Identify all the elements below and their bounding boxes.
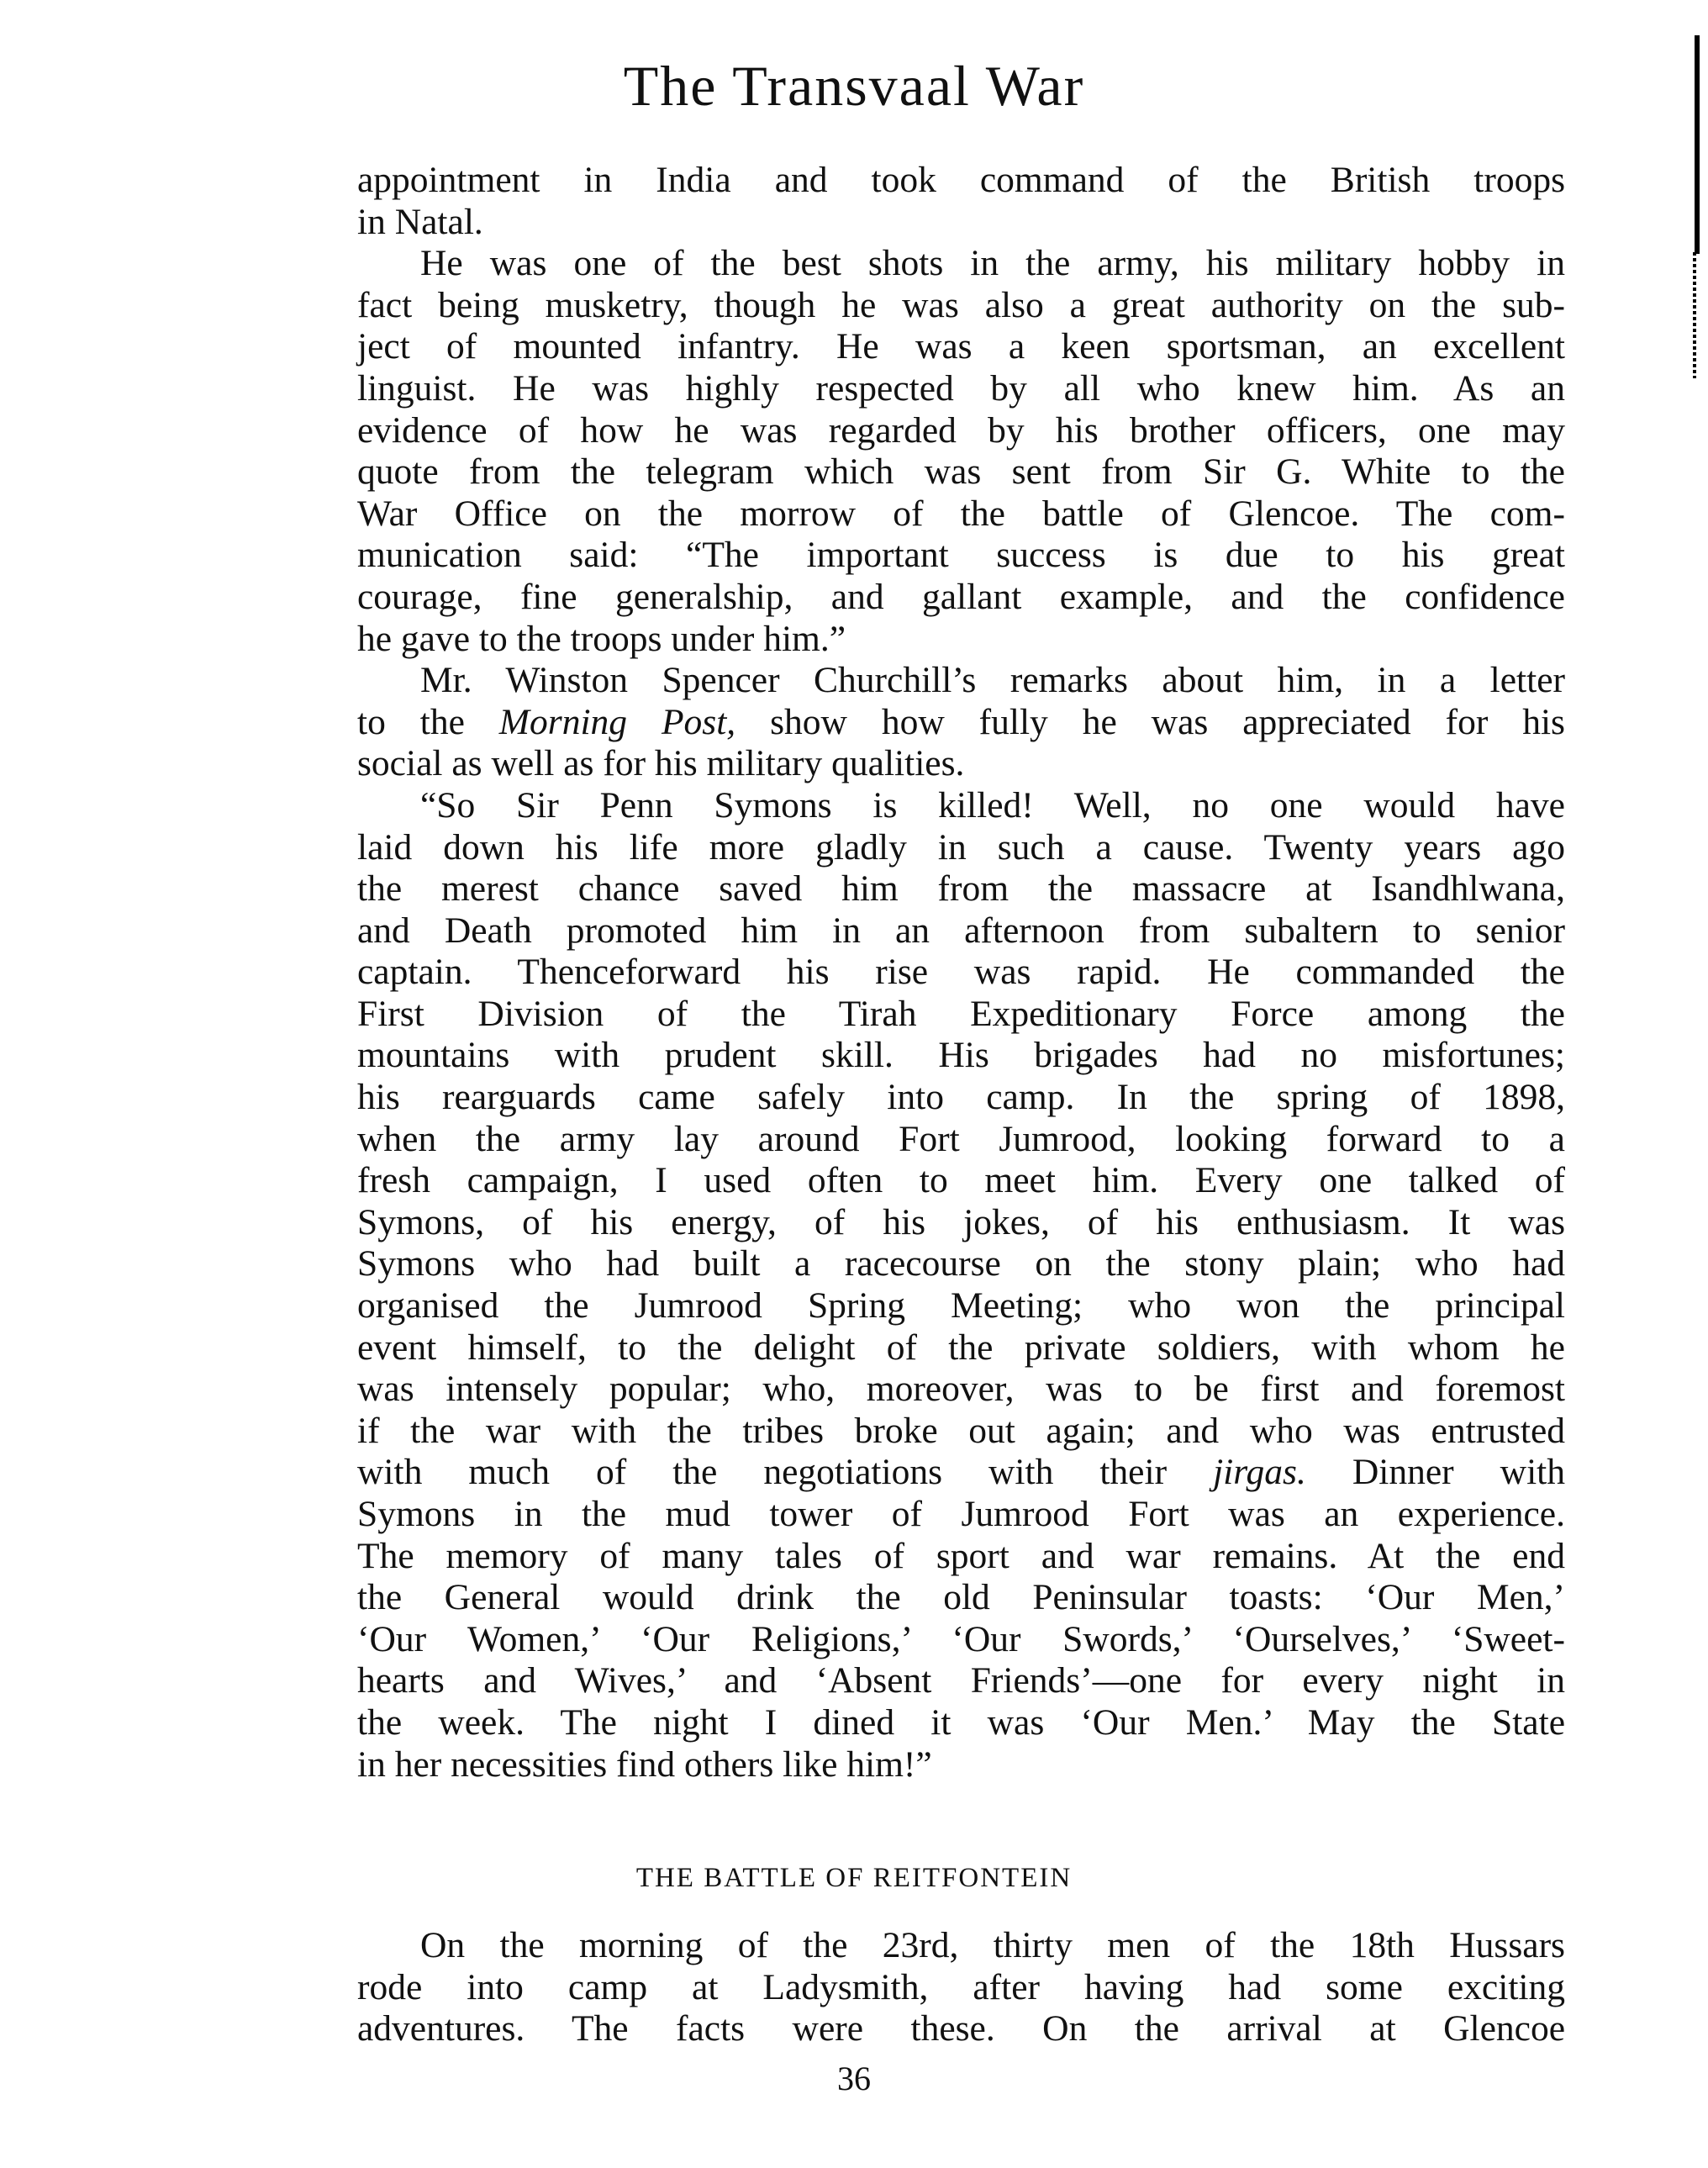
text-line: fact being musketry, though he was also …: [357, 285, 1565, 327]
text-fragment: with much of the negotiations with their: [357, 1452, 1213, 1492]
text-line: event himself, to the delight of the pri…: [357, 1327, 1565, 1369]
text-line: courage, fine generalship, and gallant e…: [357, 577, 1565, 619]
text-line: in her necessities find others like him!…: [357, 1744, 1565, 1786]
text-line: quote from the telegram which was sent f…: [357, 451, 1565, 493]
text-line: social as well as for his military quali…: [357, 743, 1565, 785]
paragraph-start: “So Sir Penn Symons is killed! Well, no …: [357, 785, 1565, 827]
text-line: the merest chance saved him from the mas…: [357, 868, 1565, 910]
text-line: fresh campaign, I used often to meet him…: [357, 1160, 1565, 1202]
text-fragment: to the: [357, 702, 499, 742]
running-title: The Transvaal War: [0, 52, 1708, 119]
text-fragment: show how fully he was appreciated for hi…: [735, 702, 1565, 742]
text-line: rode into camp at Ladysmith, after havin…: [357, 1967, 1565, 2009]
text-line: adventures. The facts were these. On the…: [357, 2008, 1565, 2050]
text-line: hearts and Wives,’ and ‘Absent Friends’—…: [357, 1660, 1565, 1702]
newspaper-title-italic: Morning Post,: [499, 702, 735, 742]
text-line: was intensely popular; who, moreover, wa…: [357, 1369, 1565, 1411]
text-line: evidence of how he was regarded by his b…: [357, 410, 1565, 452]
text-line: Symons who had built a racecourse on the…: [357, 1243, 1565, 1285]
paragraph-start: Mr. Winston Spencer Churchill’s remarks …: [357, 660, 1565, 702]
text-line: The memory of many tales of sport and wa…: [357, 1536, 1565, 1578]
scan-edge-mark: [1693, 252, 1696, 378]
section-body-text: On the morning of the 23rd, thirty men o…: [357, 1925, 1565, 2050]
page-number: 36: [0, 2058, 1708, 2100]
text-line: organised the Jumrood Spring Meeting; wh…: [357, 1285, 1565, 1327]
text-line: he gave to the troops under him.”: [357, 619, 1565, 661]
text-line: if the war with the tribes broke out aga…: [357, 1411, 1565, 1453]
paragraph-start: He was one of the best shots in the army…: [357, 243, 1565, 285]
text-line-with-italic: to the Morning Post, show how fully he w…: [357, 702, 1565, 744]
jirgas-italic: jirgas.: [1213, 1452, 1306, 1492]
text-line: mountains with prudent skill. His brigad…: [357, 1035, 1565, 1077]
text-line: in Natal.: [357, 202, 1565, 244]
text-line: War Office on the morrow of the battle o…: [357, 493, 1565, 535]
section-heading: THE BATTLE OF REITFONTEIN: [0, 1861, 1708, 1895]
text-line: the General would drink the old Peninsul…: [357, 1577, 1565, 1619]
text-line: and Death promoted him in an afternoon f…: [357, 910, 1565, 952]
text-line: First Division of the Tirah Expeditionar…: [357, 994, 1565, 1036]
text-line-with-italic: with much of the negotiations with their…: [357, 1452, 1565, 1494]
text-line: linguist. He was highly respected by all…: [357, 368, 1565, 410]
text-line: Symons, of his energy, of his jokes, of …: [357, 1202, 1565, 1244]
text-line: ject of mounted infantry. He was a keen …: [357, 326, 1565, 368]
text-fragment: Dinner with: [1306, 1452, 1565, 1492]
text-line: appointment in India and took command of…: [357, 160, 1565, 202]
text-line: captain. Thenceforward his rise was rapi…: [357, 952, 1565, 994]
scan-edge-mark: [1695, 35, 1700, 254]
text-line: ‘Our Women,’ ‘Our Religions,’ ‘Our Sword…: [357, 1619, 1565, 1661]
text-line: Symons in the mud tower of Jumrood Fort …: [357, 1494, 1565, 1536]
paragraph-start: On the morning of the 23rd, thirty men o…: [357, 1925, 1565, 1967]
text-line: the week. The night I dined it was ‘Our …: [357, 1702, 1565, 1744]
text-line: when the army lay around Fort Jumrood, l…: [357, 1119, 1565, 1161]
text-line: munication said: “The important success …: [357, 535, 1565, 577]
text-line: his rearguards came safely into camp. In…: [357, 1077, 1565, 1119]
body-text: appointment in India and took command of…: [357, 160, 1565, 1786]
text-line: laid down his life more gladly in such a…: [357, 827, 1565, 869]
